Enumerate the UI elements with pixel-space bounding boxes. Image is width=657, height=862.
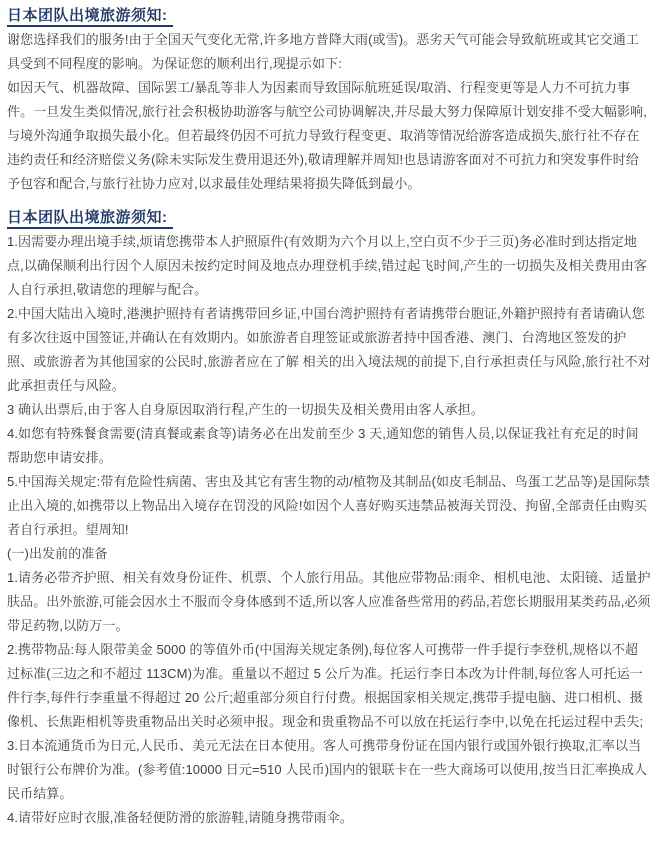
section1-heading: 日本团队出境旅游须知: xyxy=(7,4,651,28)
prep-item: 2.携带物品:每人限带美金 5000 的等值外币(中国海关规定条例),每位客人可… xyxy=(7,638,651,734)
prep-item: 3.日本流通货币为日元,人民币、美元无法在日本使用。客人可携带身份证在国内银行或… xyxy=(7,734,651,806)
notice-item: 4.如您有特殊餐食需要(清真餐或素食等)请务必在出发前至少 3 天,通知您的销售… xyxy=(7,422,651,470)
notice-item: 3 确认出票后,由于客人自身原因取消行程,产生的一切损失及相关费用由客人承担。 xyxy=(7,398,651,422)
section1-heading-text: 日本团队出境旅游须知: xyxy=(7,7,173,27)
prep-item: 4.请带好应时衣服,准备轻便防滑的旅游鞋,请随身携带雨伞。 xyxy=(7,806,651,830)
intro-paragraph: 谢您选择我们的服务!由于全国天气变化无常,许多地方普降大雨(或雪)。恶劣天气可能… xyxy=(7,28,651,76)
notice-item: 5.中国海关规定:带有危险性病菌、害虫及其它有害生物的动/植物及其制品(如皮毛制… xyxy=(7,470,651,542)
subsection-title: (一)出发前的准备 xyxy=(7,542,651,566)
section2-heading-text: 日本团队出境旅游须知: xyxy=(7,209,173,229)
notice-item: 2.中国大陆出入境时,港澳护照持有者请携带回乡证,中国台湾护照持有者请携带台胞证… xyxy=(7,302,651,398)
section2-heading: 日本团队出境旅游须知: xyxy=(7,206,651,230)
prep-item: 1.请务必带齐护照、相关有效身份证件、机票、个人旅行用品。其他应带物品:雨伞、相… xyxy=(7,566,651,638)
intro-paragraph: 如因天气、机器故障、国际罢工/暴乱等非人为因素而导致国际航班延误/取消、行程变更… xyxy=(7,76,651,196)
notice-item: 1.因需要办理出境手续,烦请您携带本人护照原件(有效期为六个月以上,空白页不少于… xyxy=(7,230,651,302)
document-page: 日本团队出境旅游须知: 谢您选择我们的服务!由于全国天气变化无常,许多地方普降大… xyxy=(0,0,657,862)
